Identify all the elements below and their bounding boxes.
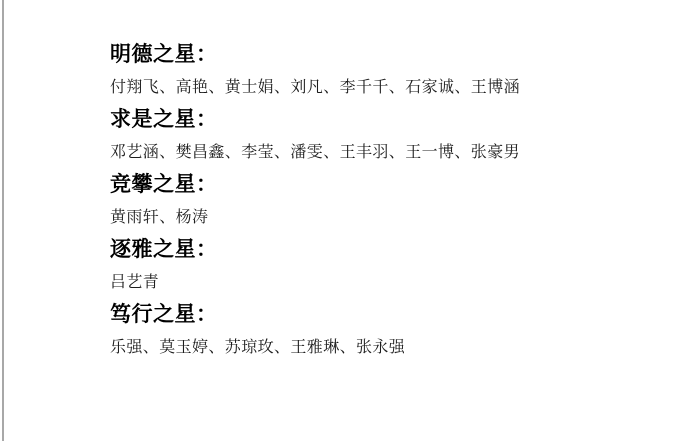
document-page: 明德之星： 付翔飞、高艳、黄士娟、刘凡、李千千、石家诚、王博涵 求是之星： 邓艺… xyxy=(0,0,683,441)
section-names: 吕艺青 xyxy=(110,267,653,300)
section-heading: 求是之星： xyxy=(110,104,653,137)
award-section-zhuya: 逐雅之星： 吕艺青 xyxy=(110,234,653,299)
section-names: 乐强、莫玉婷、苏琼玫、王雅琳、张永强 xyxy=(110,332,653,365)
award-section-jingpan: 竞攀之星： 黄雨轩、杨涛 xyxy=(110,169,653,234)
section-heading: 竞攀之星： xyxy=(110,169,653,202)
page-left-edge-line xyxy=(2,0,4,441)
section-heading: 逐雅之星： xyxy=(110,234,653,267)
section-heading: 明德之星： xyxy=(110,39,653,72)
document-content: 明德之星： 付翔飞、高艳、黄士娟、刘凡、李千千、石家诚、王博涵 求是之星： 邓艺… xyxy=(110,39,653,364)
award-section-mingde: 明德之星： 付翔飞、高艳、黄士娟、刘凡、李千千、石家诚、王博涵 xyxy=(110,39,653,104)
award-section-duxing: 笃行之星： 乐强、莫玉婷、苏琼玫、王雅琳、张永强 xyxy=(110,299,653,364)
section-names: 付翔飞、高艳、黄士娟、刘凡、李千千、石家诚、王博涵 xyxy=(110,72,653,105)
section-heading: 笃行之星： xyxy=(110,299,653,332)
award-section-qiushi: 求是之星： 邓艺涵、樊昌鑫、李莹、潘雯、王丰羽、王一博、张豪男 xyxy=(110,104,653,169)
section-names: 邓艺涵、樊昌鑫、李莹、潘雯、王丰羽、王一博、张豪男 xyxy=(110,137,653,170)
section-names: 黄雨轩、杨涛 xyxy=(110,202,653,235)
